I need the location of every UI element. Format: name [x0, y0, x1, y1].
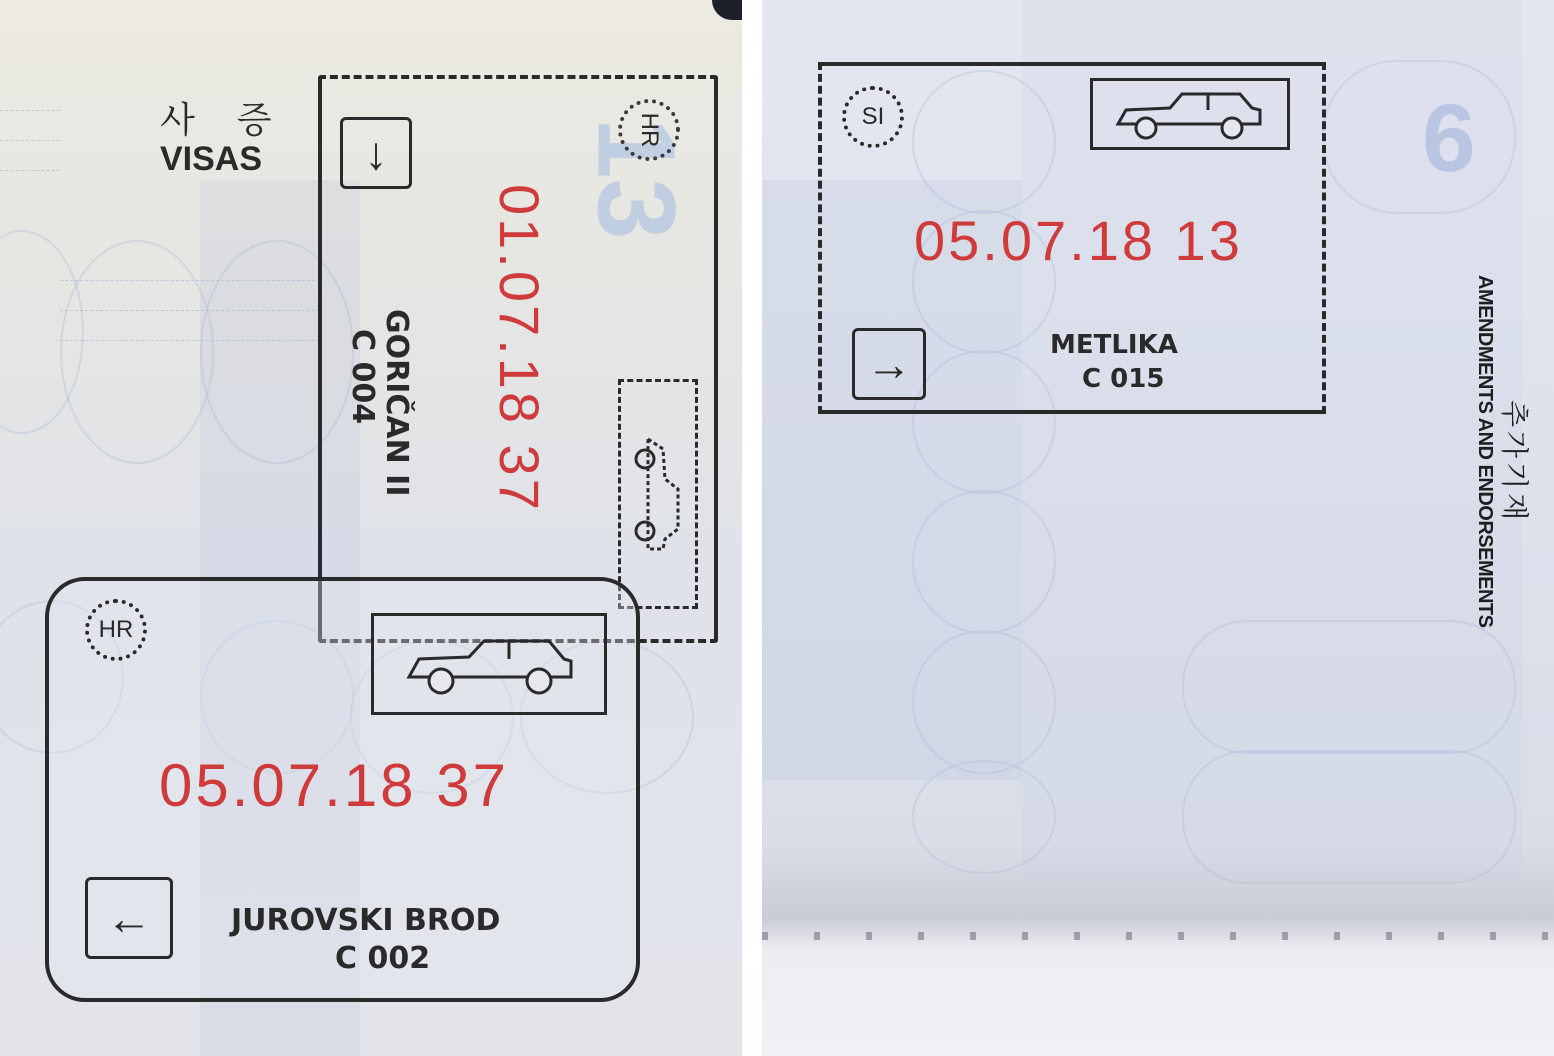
stamp-date: 01.07.18 37 [487, 184, 552, 513]
wave-line [60, 280, 320, 281]
visas-label-english: VISAS [160, 140, 262, 179]
car-icon [618, 379, 698, 609]
arrow-out-of-box-icon: ← [85, 877, 173, 959]
wave-line [60, 340, 320, 341]
amendments-label-korean: 추가기재 [1496, 400, 1536, 524]
photo-corner-shadow [712, 0, 742, 20]
country-code: HR [635, 113, 663, 148]
border-crossing-code: C 004 [345, 329, 380, 424]
left-passport-photo: 사 증 VISAS 13 ↓ HR 01.07.18 37 GORIČAN II… [0, 0, 742, 1056]
entry-stamp-gorican: ↓ HR 01.07.18 37 GORIČAN II C 004 [318, 75, 718, 643]
guilloche-pattern [1182, 750, 1516, 884]
guilloche-pattern [60, 240, 214, 464]
wave-line [0, 170, 60, 171]
stamp-date: 05.07.18 13 [914, 208, 1243, 273]
right-passport-photo: 9 SI 05.07.18 13 → METLIKA C 015 AMENDME… [762, 0, 1554, 1056]
eu-stars-country-badge: HR [618, 99, 680, 161]
page-number-watermark: 9 [1422, 82, 1475, 192]
binding-stitches [762, 932, 1554, 940]
wave-line [0, 140, 60, 141]
border-crossing-code: C 015 [1082, 364, 1164, 394]
car-icon [371, 613, 607, 715]
border-crossing-code: C 002 [335, 941, 430, 976]
guilloche-pattern [912, 760, 1056, 874]
guilloche-pattern [912, 630, 1056, 774]
visas-label-korean: 사 증 [160, 92, 288, 143]
country-code: HR [99, 616, 134, 644]
arrow-into-box-icon: → [852, 328, 926, 400]
amendments-label-english: AMENDMENTS AND ENDORSEMENTS [1473, 275, 1496, 627]
guilloche-pattern [1322, 60, 1516, 214]
country-code: SI [862, 103, 885, 131]
eu-stars-country-badge: HR [85, 599, 147, 661]
border-crossing-name: JUROVSKI BROD [231, 903, 500, 938]
stamp-date: 05.07.18 37 [159, 751, 509, 820]
exit-stamp-jurovski-brod: HR 05.07.18 37 ← JUROVSKI BROD C 002 [45, 577, 640, 1002]
guilloche-pattern [1182, 620, 1516, 754]
guilloche-pattern [912, 490, 1056, 634]
wave-line [0, 110, 60, 111]
border-crossing-name: GORIČAN II [379, 309, 414, 497]
eu-stars-country-badge: SI [842, 86, 904, 148]
arrow-into-box-icon: ↓ [340, 117, 412, 189]
wave-line [60, 310, 320, 311]
border-crossing-name: METLIKA [1050, 330, 1178, 360]
car-icon [1090, 78, 1290, 150]
entry-stamp-metlika: SI 05.07.18 13 → METLIKA C 015 [818, 62, 1326, 414]
